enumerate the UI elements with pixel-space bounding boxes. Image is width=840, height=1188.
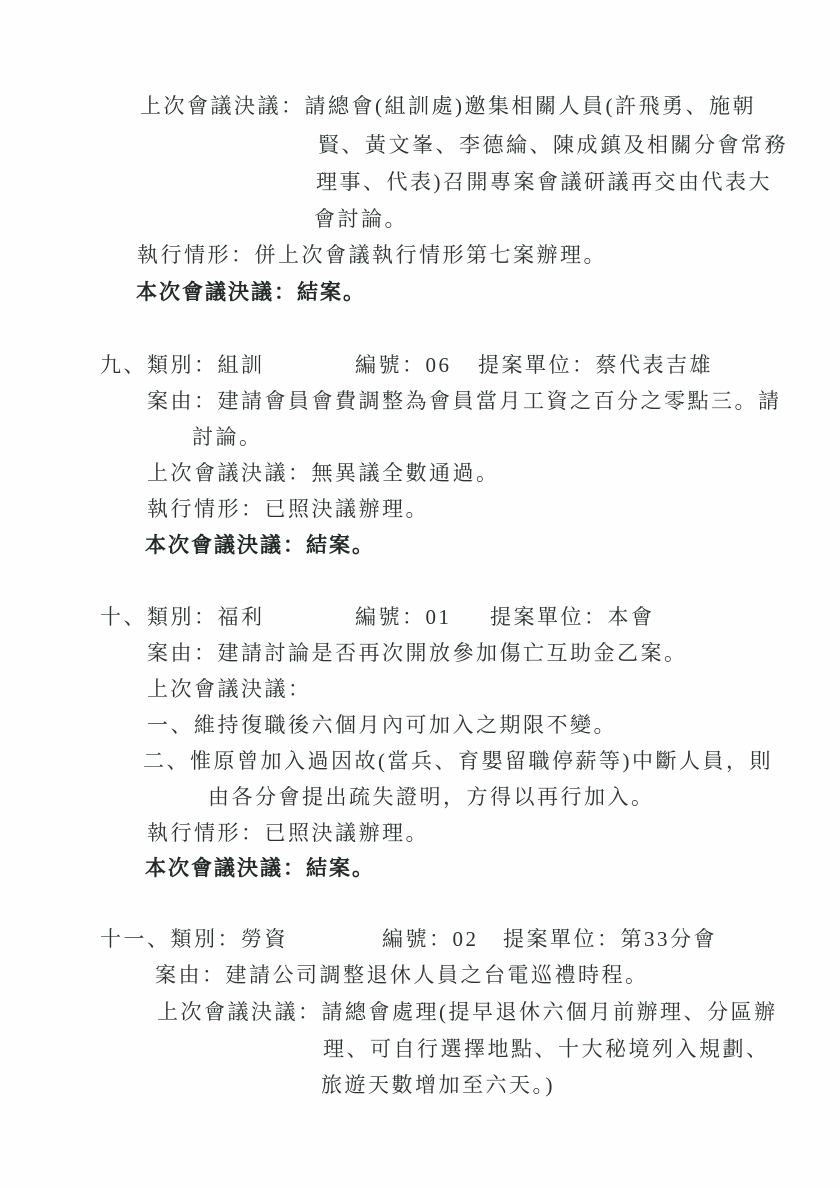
- item9-header-category: 九、類別：組訓: [100, 352, 265, 378]
- item8-prev-resolution-line-2: 賢、黃文峯、李德綸、陳成鎮及相關分會常務: [318, 132, 788, 158]
- item10-case: 案由：建請討論是否再次開放參加傷亡互助金乙案。: [147, 640, 688, 666]
- scanned-minutes-page: 上次會議決議：請總會(組訓處)邀集相關人員(許飛勇、施朝 賢、黃文峯、李德綸、陳…: [0, 0, 840, 1188]
- item10-current-resolution: 本次會議決議：結案。: [145, 855, 375, 881]
- item9-prev-resolution: 上次會議決議：無異議全數通過。: [147, 460, 500, 486]
- item10-execution: 執行情形：已照決議辦理。: [147, 820, 429, 846]
- item10-header-case-no: 編號：01: [355, 604, 452, 630]
- item10-header-proposer: 提案單位：本會: [490, 604, 655, 630]
- item11-case: 案由：建請公司調整退休人員之台電巡禮時程。: [155, 962, 649, 988]
- item10-point-1: 一、維持復職後六個月內可加入之期限不變。: [147, 712, 617, 738]
- item11-prev-resolution-line-1: 上次會議決議：請總會處理(提早退休六個月前辦理、分區辦: [157, 999, 778, 1025]
- item10-header-category: 十、類別：福利: [100, 604, 265, 630]
- item9-header-proposer: 提案單位：蔡代表吉雄: [478, 352, 713, 378]
- item9-current-resolution: 本次會議決議：結案。: [145, 532, 375, 558]
- item8-prev-resolution-line-1: 上次會議決議：請總會(組訓處)邀集相關人員(許飛勇、施朝: [140, 93, 756, 119]
- item11-prev-resolution-line-3: 旅遊天數增加至六天。): [321, 1072, 555, 1098]
- item10-prev-resolution-label: 上次會議決議：: [147, 676, 312, 702]
- item10-point-2-line-1: 二、惟原曾加入過因故(當兵、育嬰留職停薪等)中斷人員，則: [143, 748, 773, 774]
- item11-header-proposer: 提案單位：第33分會: [503, 926, 717, 952]
- item9-execution: 執行情形：已照決議辦理。: [147, 496, 429, 522]
- item11-header-category: 十一、類別：勞資: [100, 926, 288, 952]
- item9-case-line-1: 案由：建請會員會費調整為會員當月工資之百分之零點三。請: [147, 388, 782, 414]
- item8-current-resolution: 本次會議決議：結案。: [136, 279, 366, 305]
- item8-prev-resolution-line-4: 會討論。: [314, 206, 408, 232]
- item9-case-line-2: 討論。: [192, 424, 263, 450]
- item8-prev-resolution-line-3: 理事、代表)召開專案會議研議再交由代表大: [316, 169, 772, 195]
- item11-prev-resolution-line-2: 理、可自行選擇地點、十大秘境列入規劃、: [323, 1036, 770, 1062]
- item9-header-case-no: 編號：06: [355, 352, 452, 378]
- item8-execution: 執行情形：併上次會議執行情形第七案辦理。: [137, 242, 607, 268]
- item10-point-2-line-2: 由各分會提出疏失證明，方得以再行加入。: [208, 784, 655, 810]
- item11-header-case-no: 編號：02: [382, 926, 479, 952]
